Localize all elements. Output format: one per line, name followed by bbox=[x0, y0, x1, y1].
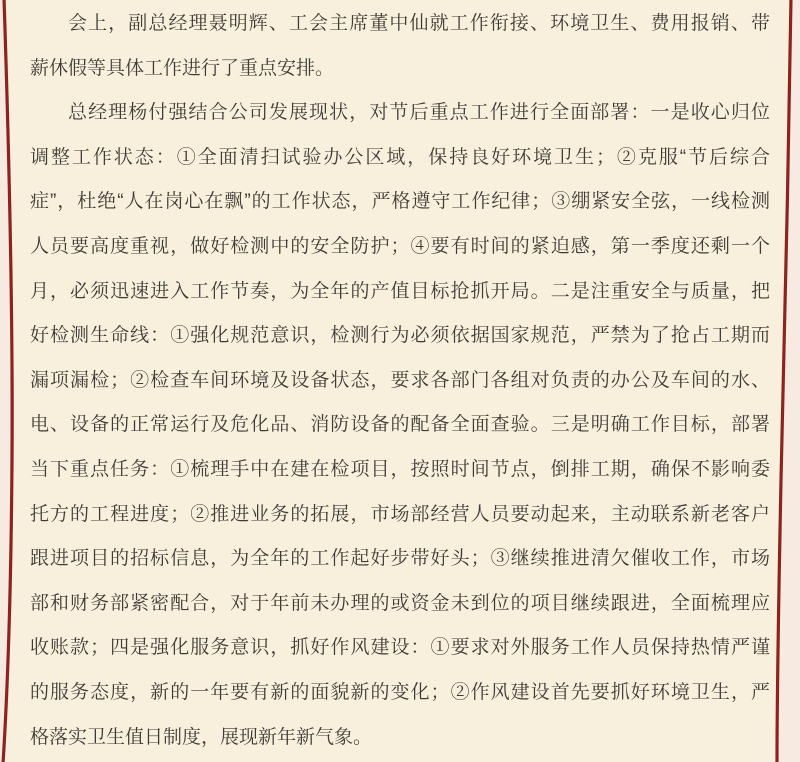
paragraph: 总经理杨付强结合公司发展现状，对节后重点工作进行全面部署：一是收心归位 调整工作… bbox=[30, 91, 770, 760]
article-body: 会上，副总经理聂明辉、工会主席董中仙就工作衔接、环境卫生、费用报销、带 薪休假等… bbox=[30, 2, 770, 760]
text-line: 月，必须迅速进入工作节奏，为全年的产值目标抢抓开局。二是注重安全与质量，把 bbox=[30, 270, 770, 315]
right-margin-strip bbox=[777, 0, 800, 762]
text-line: 症”，杜绝“人在岗心在飘”的工作状态，严格遵守工作纪律；③绷紧安全弦，一线检测 bbox=[30, 180, 770, 225]
paragraph: 会上，副总经理聂明辉、工会主席董中仙就工作衔接、环境卫生、费用报销、带 薪休假等… bbox=[30, 2, 770, 91]
text-line: 总经理杨付强结合公司发展现状，对节后重点工作进行全面部署：一是收心归位 bbox=[30, 91, 770, 136]
left-margin-strip bbox=[0, 0, 12, 762]
text-line: 收账款；四是强化服务意识，抓好作风建设：①要求对外服务工作人员保持热情严谨 bbox=[30, 626, 770, 671]
text-line: 人员要高度重视，做好检测中的安全防护；④要有时间的紧迫感，第一季度还剩一个 bbox=[30, 225, 770, 270]
text-line: 调整工作状态：①全面清扫试验办公区域，保持良好环境卫生；②克服“节后综合 bbox=[30, 136, 770, 181]
text-line: 电、设备的正常运行及危化品、消防设备的配备全面查验。三是明确工作目标，部署 bbox=[30, 403, 770, 448]
right-border-line bbox=[777, 0, 791, 762]
text-line: 漏项漏检；②检查车间环境及设备状态，要求各部门各组对负责的办公及车间的水、 bbox=[30, 359, 770, 404]
text-line: 好检测生命线：①强化规范意识，检测行为必须依据国家规范，严禁为了抢占工期而 bbox=[30, 314, 770, 359]
text-line: 托方的工程进度；②推进业务的拓展，市场部经营人员要动起来，主动联系新老客户 bbox=[30, 493, 770, 538]
text-line: 部和财务部紧密配合，对于年前未办理的或资金未到位的项目继续跟进，全面梳理应 bbox=[30, 582, 770, 627]
text-line: 薪休假等具体工作进行了重点安排。 bbox=[30, 47, 770, 92]
text-line: 格落实卫生值日制度，展现新年新气象。 bbox=[30, 716, 770, 761]
text-line: 的服务态度，新的一年要有新的面貌新的变化；②作风建设首先要抓好环境卫生，严 bbox=[30, 671, 770, 716]
text-line: 当下重点任务：①梳理手中在建在检项目，按照时间节点，倒排工期，确保不影响委 bbox=[30, 448, 770, 493]
text-line: 跟进项目的招标信息，为全年的工作起好步带好头；③继续推进清欠催收工作，市场 bbox=[30, 537, 770, 582]
left-border-line bbox=[3, 0, 12, 762]
text-line: 会上，副总经理聂明辉、工会主席董中仙就工作衔接、环境卫生、费用报销、带 bbox=[30, 2, 770, 47]
